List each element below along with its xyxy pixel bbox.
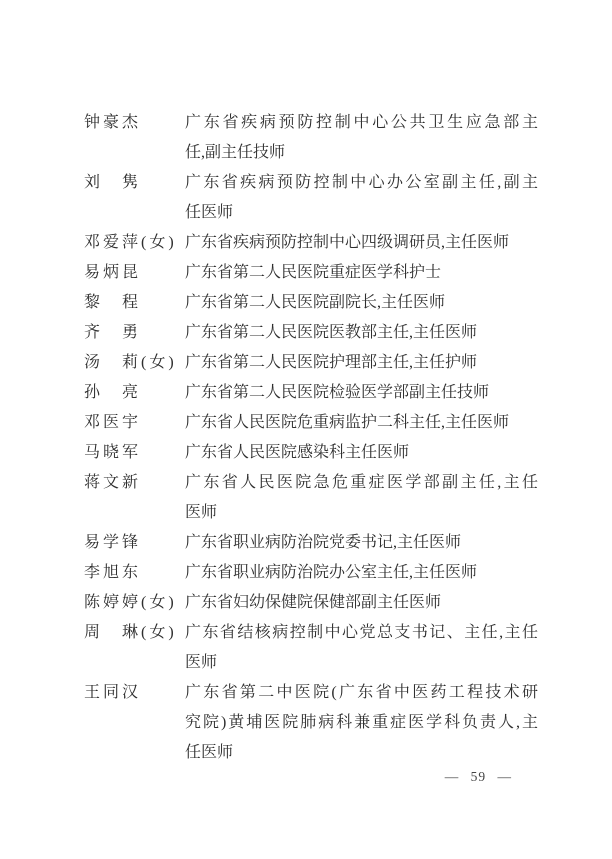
person-title-line: 医师 xyxy=(185,498,538,528)
roster-row: 蒋文新广东省人民医院急危重症医学部副主任,主任医师 xyxy=(84,468,539,528)
person-title-line: 广东省人民医院急危重症医学部副主任,主任 xyxy=(185,468,538,498)
person-title: 广东省第二中医院(广东省中医药工程技术研究院)黄埔医院肺病科兼重症医学科负责人,… xyxy=(185,678,538,768)
person-title-line: 广东省第二中医院(广东省中医药工程技术研 xyxy=(185,678,538,708)
person-name: 钟豪杰 xyxy=(84,108,185,138)
person-title-line: 广东省结核病控制中心党总支书记、主任,主任 xyxy=(185,618,538,648)
person-title: 广东省疾病预防控制中心四级调研员,主任医师 xyxy=(185,228,538,258)
person-title-line: 广东省第二人民医院重症医学科护士 xyxy=(185,258,538,288)
person-title-line: 广东省第二人民医院医教部主任,主任医师 xyxy=(185,318,538,348)
person-title-line: 广东省人民医院感染科主任医师 xyxy=(185,438,538,468)
person-title: 广东省第二人民医院副院长,主任医师 xyxy=(185,288,538,318)
person-title: 广东省人民医院感染科主任医师 xyxy=(185,438,538,468)
person-name: 汤 莉(女) xyxy=(84,348,185,378)
person-title-line: 广东省第二人民医院护理部主任,主任护师 xyxy=(185,348,538,378)
person-name: 王同汉 xyxy=(84,678,185,708)
person-name: 蒋文新 xyxy=(84,468,185,498)
document-page: 钟豪杰广东省疾病预防控制中心公共卫生应急部主任,副主任技师刘 隽广东省疾病预防控… xyxy=(0,0,612,859)
person-title-line: 究院)黄埔医院肺病科兼重症医学科负责人,主 xyxy=(185,708,538,738)
roster-row: 王同汉广东省第二中医院(广东省中医药工程技术研究院)黄埔医院肺病科兼重症医学科负… xyxy=(84,678,539,768)
person-title: 广东省第二人民医院护理部主任,主任护师 xyxy=(185,348,538,378)
person-title-line: 任医师 xyxy=(185,198,538,228)
person-title: 广东省第二人民医院医教部主任,主任医师 xyxy=(185,318,538,348)
person-title-line: 任医师 xyxy=(185,738,538,768)
person-title-line: 广东省疾病预防控制中心办公室副主任,副主 xyxy=(185,168,538,198)
roster-row: 钟豪杰广东省疾病预防控制中心公共卫生应急部主任,副主任技师 xyxy=(84,108,539,168)
person-title: 广东省人民医院危重病监护二科主任,主任医师 xyxy=(185,408,538,438)
person-title: 广东省妇幼保健院保健部副主任医师 xyxy=(185,588,538,618)
roster-row: 刘 隽广东省疾病预防控制中心办公室副主任,副主任医师 xyxy=(84,168,539,228)
roster-row: 孙 亮广东省第二人民医院检验医学部副主任技师 xyxy=(84,378,539,408)
person-name: 刘 隽 xyxy=(84,168,185,198)
person-title-line: 广东省第二人民医院副院长,主任医师 xyxy=(185,288,538,318)
person-title: 广东省疾病预防控制中心公共卫生应急部主任,副主任技师 xyxy=(185,108,538,168)
roster-row: 陈婷婷(女)广东省妇幼保健院保健部副主任医师 xyxy=(84,588,539,618)
person-title: 广东省第二人民医院检验医学部副主任技师 xyxy=(185,378,538,408)
roster-row: 马晓军广东省人民医院感染科主任医师 xyxy=(84,438,539,468)
person-name: 周 琳(女) xyxy=(84,618,185,648)
roster-row: 易学锋广东省职业病防治院党委书记,主任医师 xyxy=(84,528,539,558)
person-title: 广东省疾病预防控制中心办公室副主任,副主任医师 xyxy=(185,168,538,228)
person-name: 李旭东 xyxy=(84,558,185,588)
person-name: 齐 勇 xyxy=(84,318,185,348)
person-title: 广东省职业病防治院党委书记,主任医师 xyxy=(185,528,538,558)
person-name: 邓爱萍(女) xyxy=(84,228,185,258)
entries-list: 钟豪杰广东省疾病预防控制中心公共卫生应急部主任,副主任技师刘 隽广东省疾病预防控… xyxy=(84,108,539,768)
roster-row: 李旭东广东省职业病防治院办公室主任,主任医师 xyxy=(84,558,539,588)
roster-row: 邓医宇广东省人民医院危重病监护二科主任,主任医师 xyxy=(84,408,539,438)
person-title: 广东省结核病控制中心党总支书记、主任,主任医师 xyxy=(185,618,538,678)
person-title: 广东省第二人民医院重症医学科护士 xyxy=(185,258,538,288)
person-name: 陈婷婷(女) xyxy=(84,588,185,618)
person-title-line: 广东省第二人民医院检验医学部副主任技师 xyxy=(185,378,538,408)
roster-row: 邓爱萍(女)广东省疾病预防控制中心四级调研员,主任医师 xyxy=(84,228,539,258)
person-title-line: 广东省职业病防治院办公室主任,主任医师 xyxy=(185,558,538,588)
person-name: 易学锋 xyxy=(84,528,185,558)
page-number: — 59 — xyxy=(445,767,512,787)
person-title-line: 广东省疾病预防控制中心四级调研员,主任医师 xyxy=(185,228,538,258)
roster-row: 齐 勇广东省第二人民医院医教部主任,主任医师 xyxy=(84,318,539,348)
person-name: 孙 亮 xyxy=(84,378,185,408)
person-title-line: 广东省职业病防治院党委书记,主任医师 xyxy=(185,528,538,558)
person-title-line: 广东省人民医院危重病监护二科主任,主任医师 xyxy=(185,408,538,438)
person-name: 黎 程 xyxy=(84,288,185,318)
person-name: 马晓军 xyxy=(84,438,185,468)
roster-row: 汤 莉(女)广东省第二人民医院护理部主任,主任护师 xyxy=(84,348,539,378)
roster-row: 黎 程广东省第二人民医院副院长,主任医师 xyxy=(84,288,539,318)
roster-row: 周 琳(女)广东省结核病控制中心党总支书记、主任,主任医师 xyxy=(84,618,539,678)
person-name: 易炳昆 xyxy=(84,258,185,288)
person-title-line: 广东省妇幼保健院保健部副主任医师 xyxy=(185,588,538,618)
person-title: 广东省职业病防治院办公室主任,主任医师 xyxy=(185,558,538,588)
person-title-line: 任,副主任技师 xyxy=(185,138,538,168)
person-title: 广东省人民医院急危重症医学部副主任,主任医师 xyxy=(185,468,538,528)
person-title-line: 医师 xyxy=(185,648,538,678)
person-name: 邓医宇 xyxy=(84,408,185,438)
roster-row: 易炳昆广东省第二人民医院重症医学科护士 xyxy=(84,258,539,288)
person-title-line: 广东省疾病预防控制中心公共卫生应急部主 xyxy=(185,108,538,138)
